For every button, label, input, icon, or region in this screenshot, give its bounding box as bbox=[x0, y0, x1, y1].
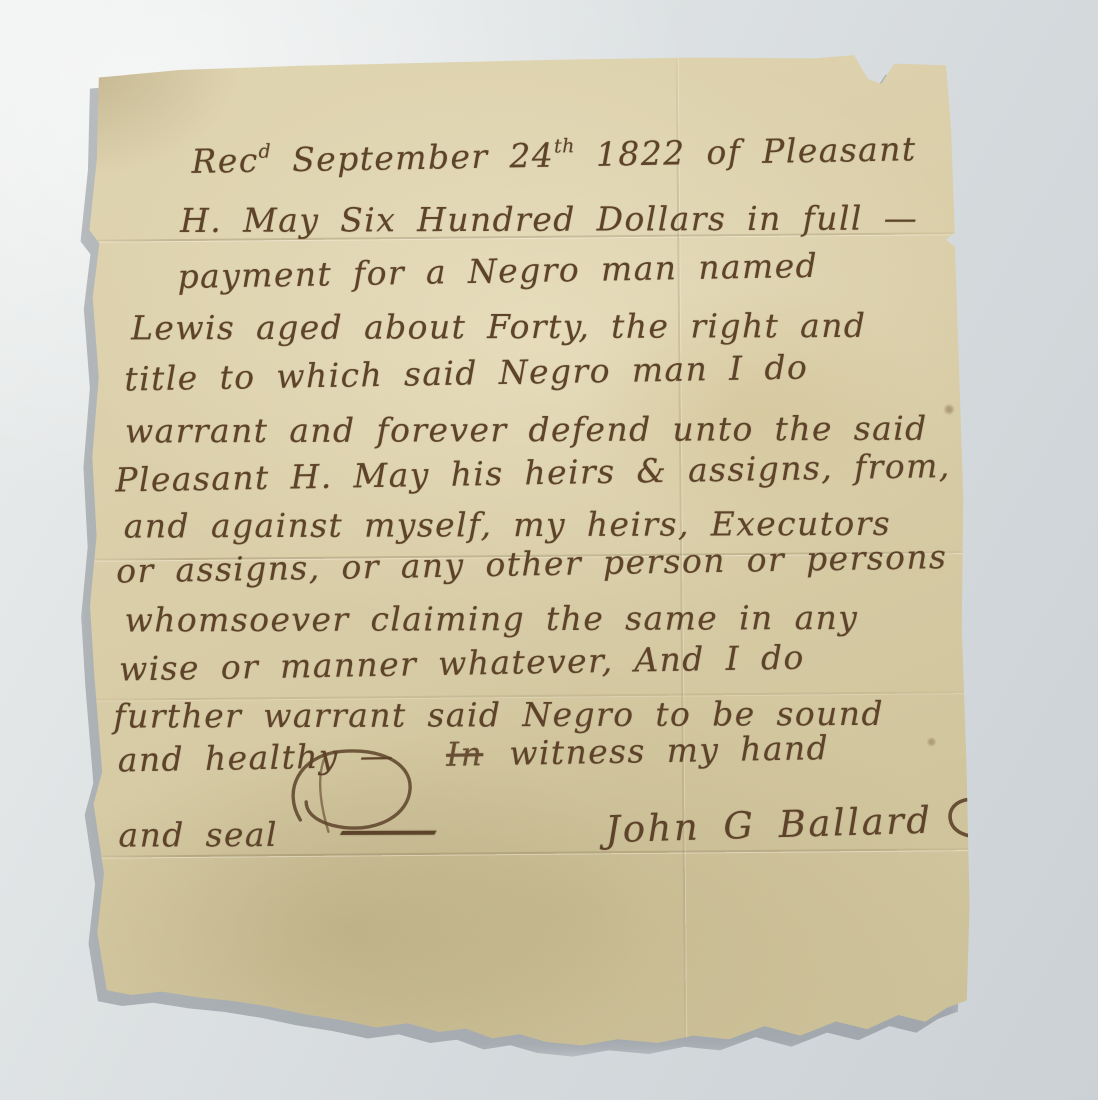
aged-paper: Recd September 24th 1822 of Pleasant H. … bbox=[74, 52, 975, 1052]
date-mid: September 24 bbox=[271, 136, 555, 180]
signature: John G Ballard bbox=[605, 798, 933, 851]
date-pre: Rec bbox=[191, 141, 259, 181]
receipt-line: Lewis aged about Forty, the right and bbox=[131, 306, 867, 348]
date-superscript-th: th bbox=[554, 135, 575, 157]
seal-flourish-icon bbox=[933, 777, 1021, 846]
date-post: 1822 of Pleasant bbox=[575, 129, 917, 174]
receipt-line: warrant and forever defend unto the said bbox=[125, 409, 928, 451]
receipt-line: whomsoever claiming the same in any bbox=[125, 598, 859, 640]
struck-word: In bbox=[446, 734, 484, 774]
date-superscript-d: d bbox=[258, 140, 271, 162]
receipt-line: H. May Six Hundred Dollars in full — bbox=[180, 198, 918, 240]
receipt-document: Recd September 24th 1822 of Pleasant H. … bbox=[74, 52, 975, 1052]
witness-text: witness my hand bbox=[509, 728, 830, 773]
ink-flourish-icon bbox=[272, 741, 433, 842]
closing-text: and seal bbox=[118, 815, 278, 855]
photo-background: Recd September 24th 1822 of Pleasant H. … bbox=[0, 0, 1098, 1100]
